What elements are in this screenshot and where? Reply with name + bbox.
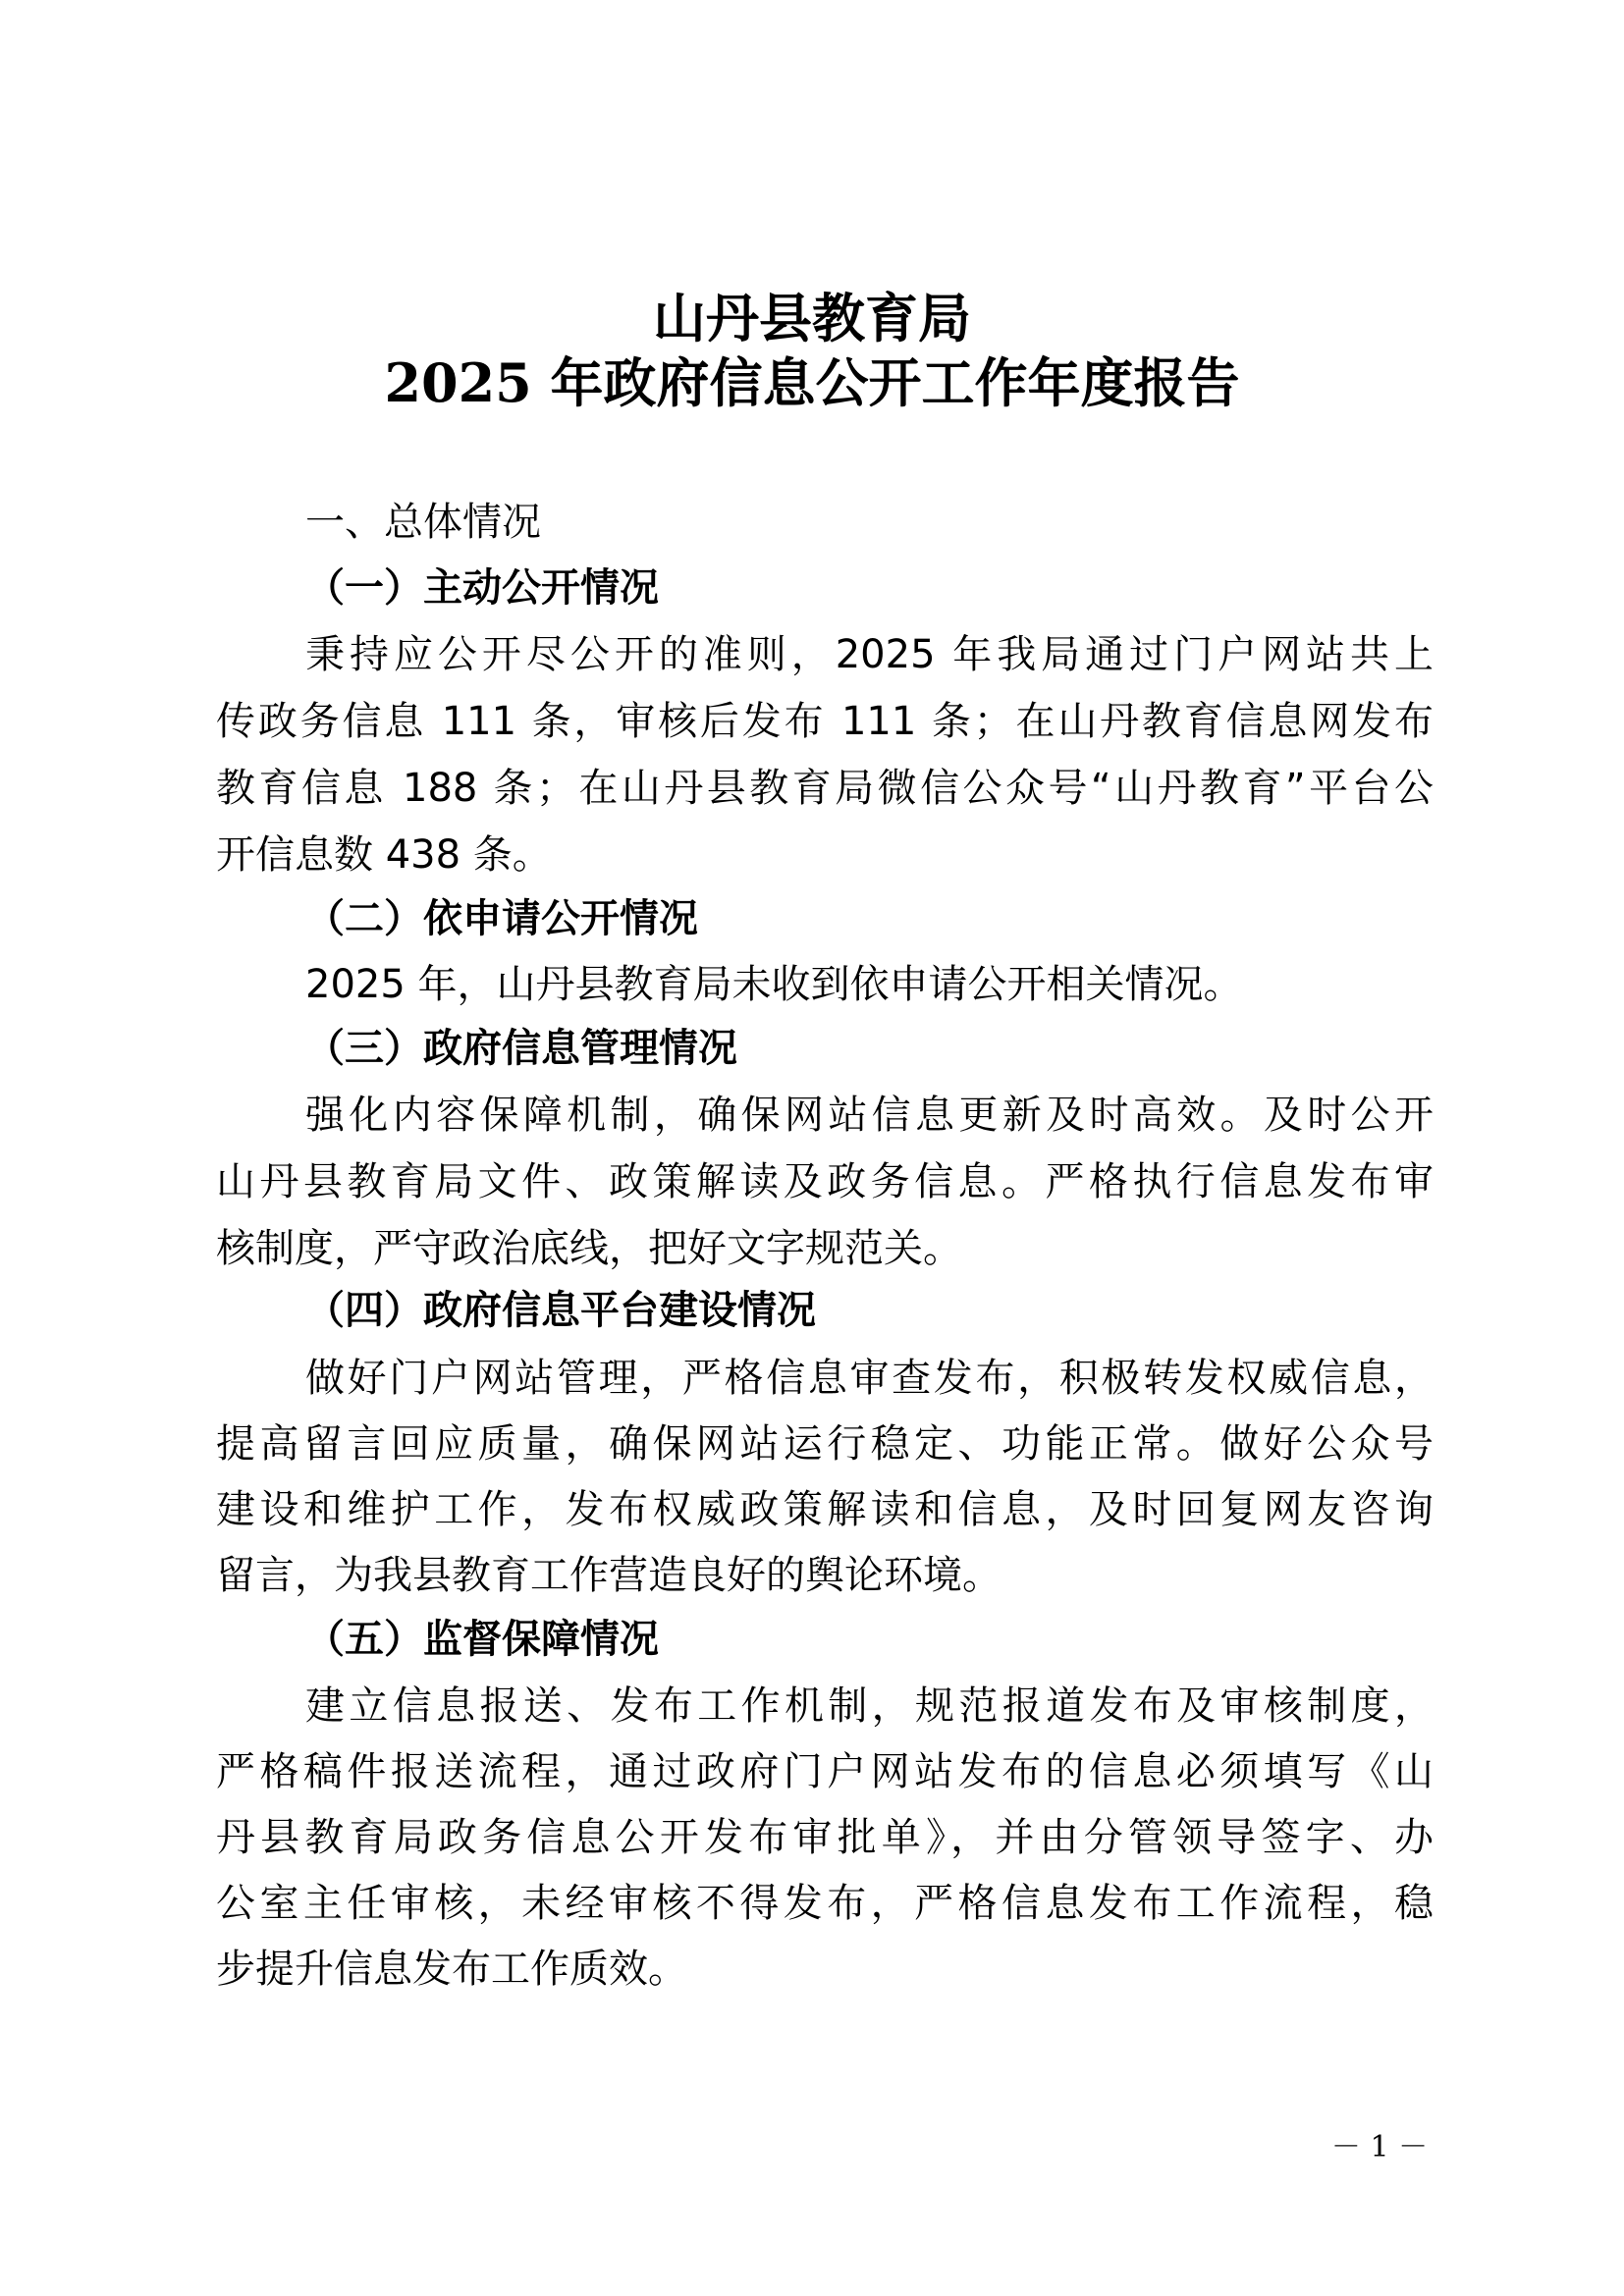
subsection-heading-supervision: （五）监督保障情况 [305, 1616, 1523, 1663]
paragraph-line: 山丹县教育局文件、政策解读及政务信息。严格执行信息发布审 [216, 1158, 1434, 1205]
document-page: 山丹县教育局 2025 年政府信息公开工作年度报告 一、总体情况 （一）主动公开… [0, 0, 1624, 2296]
subsection-heading-info-management: （三）政府信息管理情况 [305, 1025, 1523, 1072]
subsection-heading-platform-construction: （四）政府信息平台建设情况 [305, 1287, 1523, 1334]
paragraph-line: 留言，为我县教育工作营造良好的舆论环境。 [216, 1552, 1434, 1599]
paragraph-line: 做好门户网站管理，严格信息审查发布，积极转发权威信息， [305, 1355, 1434, 1402]
paragraph-line: 步提升信息发布工作质效。 [216, 1946, 1434, 1993]
subsection-heading-request-disclosure: （二）依申请公开情况 [305, 895, 1523, 942]
paragraph-line: 强化内容保障机制，确保网站信息更新及时高效。及时公开 [305, 1092, 1434, 1139]
paragraph-line: 建立信息报送、发布工作机制，规范报道发布及审核制度， [305, 1682, 1434, 1730]
paragraph-line: 秉持应公开尽公开的准则，2025 年我局通过门户网站共上 [305, 631, 1434, 678]
subsection-heading-proactive-disclosure: （一）主动公开情况 [305, 564, 1523, 612]
paragraph-line: 2025 年，山丹县教育局未收到依申请公开相关情况。 [305, 961, 1523, 1008]
paragraph-line: 提高留言回应质量，确保网站运行稳定、功能正常。做好公众号 [216, 1420, 1434, 1468]
paragraph-line: 建设和维护工作，发布权威政策解读和信息，及时回复网友咨询 [216, 1486, 1434, 1533]
document-title-line1: 山丹县教育局 [0, 287, 1624, 349]
paragraph-line: 公室主任审核，未经审核不得发布，严格信息发布工作流程，稳 [216, 1880, 1434, 1927]
paragraph-line: 丹县教育局政务信息公开发布审批单》，并由分管领导签字、办 [216, 1814, 1434, 1861]
paragraph-line: 严格稿件报送流程，通过政府门户网站发布的信息必须填写《山 [216, 1748, 1434, 1795]
document-title-line2: 2025 年政府信息公开工作年度报告 [0, 351, 1624, 414]
page-number: － 1 － [1316, 2128, 1443, 2167]
paragraph-line: 教育信息 188 条；在山丹县教育局微信公众号“山丹教育”平台公 [216, 765, 1434, 812]
section-heading-overview: 一、总体情况 [305, 499, 1523, 546]
paragraph-line: 核制度，严守政治底线，把好文字规范关。 [216, 1225, 1434, 1272]
paragraph-line: 开信息数 438 条。 [216, 831, 1434, 879]
paragraph-line: 传政务信息 111 条，审核后发布 111 条；在山丹教育信息网发布 [216, 698, 1434, 745]
